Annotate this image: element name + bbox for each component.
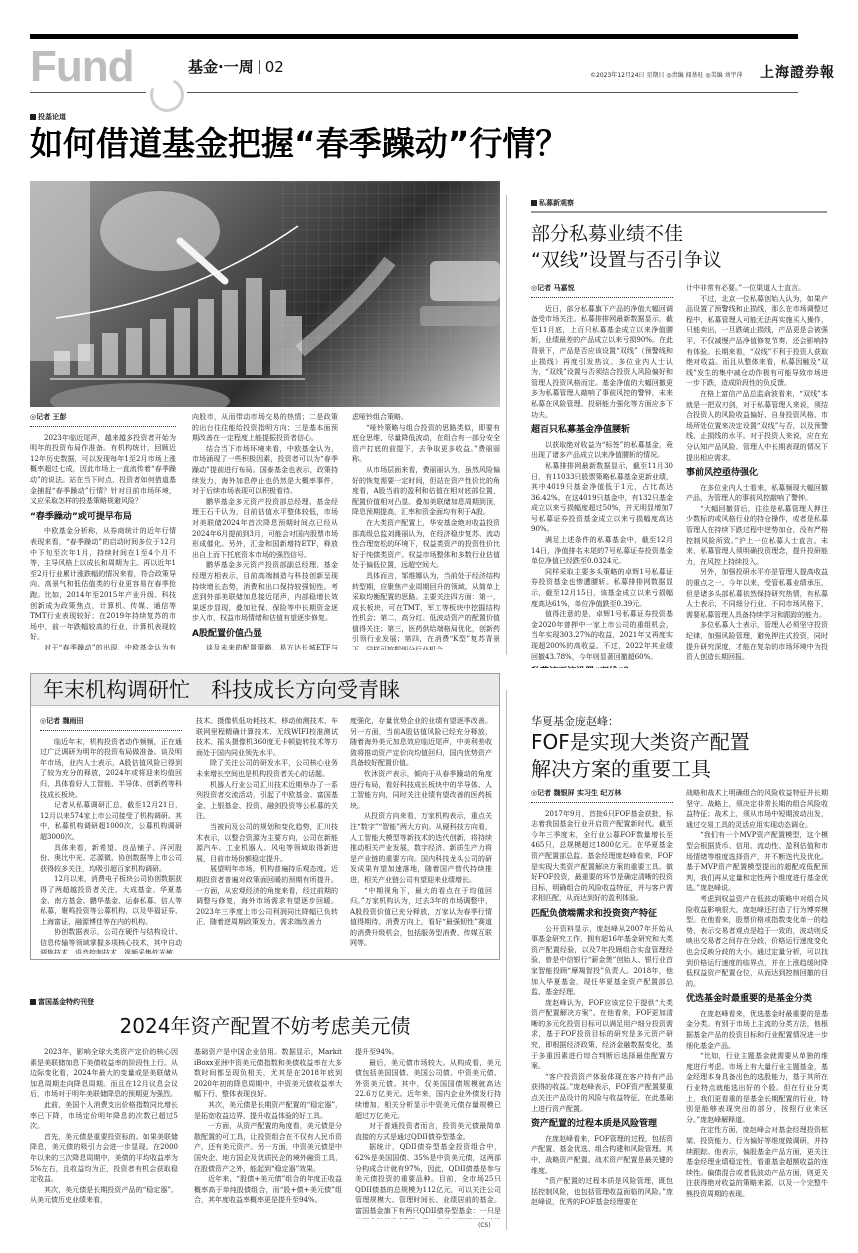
private-subhead-1: 超百只私募基金净值腰斩: [531, 425, 673, 436]
fof-headline-line2: 解决方案的重要工具: [531, 756, 750, 783]
fof-col1: ◎记者 魏银屏 实习生 纪万林 2017年9月，首批6只FOF基金获批，标志着我…: [531, 788, 673, 1230]
newspaper-name-logo: 上海證券報: [760, 62, 835, 82]
private-section-tag: 私募新观察: [531, 198, 574, 208]
paragraph: 鹏华基金多元资产投资部总经理、基金经理王石千认为，目前估值水平整体较低，市场对美…: [192, 497, 338, 561]
paragraph: 技术、摄像机低功耗技术、移动侦测技术、车联网里程精确计算技术、无线WIFI校准测…: [196, 716, 338, 758]
main-section-tag: 投基论道: [30, 112, 66, 122]
bond-col2: 基础资产是中国企业信用。数据显示，Markit iBoxx亚洲中资美元债指数和美…: [194, 1047, 342, 1219]
finance-chart-photo-icon: [30, 181, 500, 407]
paragraph: 机器人行业公司汇川技术近期举办了一系列投资者交流活动，引起了中欧基金、富国基金、…: [196, 780, 338, 822]
masthead-logo-word: Fund: [30, 44, 134, 90]
private-article-col1: ◎记者 马嘉悦 近日，部分私募旗下产品的净值大幅回调备受市场关注。私募排排网最新…: [531, 283, 673, 668]
research-col2: 技术、摄像机低功耗技术、移动侦测技术、车联网里程精确计算技术、无线WIFI校准测…: [196, 716, 338, 954]
paragraph: 在格上富信产品总监俞波看来，“双线”本就是一把双刃剑，对于私募管理人来说，须结合…: [686, 389, 828, 463]
private-subhead-3: 事前风控亟待强化: [686, 468, 828, 479]
main-byline: ◎记者 王彭: [30, 412, 176, 427]
paragraph: 从市场层面来看，费丽丽认为，虽然风险偏好的恢复需要一定时间，但站在资产性价比的角…: [352, 465, 500, 518]
paragraph: 庞赵峰认为，FOF应该定位于提供“大类资产配置解决方案”。在他看来，FOF更加清…: [531, 998, 673, 1072]
paragraph: 基础资产是中国企业信用。数据显示，Markit iBoxx亚洲中资美元债指数和美…: [194, 1047, 342, 1100]
research-col3: 度强化，存量优势企业的业绩有望逐季改善。另一方面，当前A股估值风险已经充分释放，…: [350, 716, 492, 954]
paragraph: 虑哑铃组合策略。: [352, 412, 500, 423]
fof-subhead-2: 资产配置的过程本质是风险管理: [531, 1119, 673, 1130]
paragraph: 首先，美元债是重要投资标的。如果美联储降息，美元债的吸引力会进一步显现。在200…: [30, 1132, 178, 1185]
paragraph: “比如，行业主题基金就需要从单独的维度进行考虑。市场上有大量行业主题基金，基金经…: [686, 1051, 828, 1125]
paragraph: 提升至94%。: [355, 1047, 501, 1058]
private-article-col2: 计中非常有必要。”一位渠道人士直言。 不过，北京一位私募创始人认为，如果产品设置…: [686, 283, 828, 668]
paragraph: 12月以来，消费电子板块公司协创数据获得了两超越投资者关注，大成基金、华夏基金、…: [40, 874, 182, 927]
bond-section-tag: 富国基金特约刊登: [30, 997, 94, 1007]
fof-subhead-1: 匹配负债端需求和投资资产特征: [531, 909, 673, 920]
paragraph: 谈及未来的配置策略，易方达长城ETF与创新投资部副总经理费丽丽认为，投资者可以考: [192, 643, 338, 650]
paragraph: “资产配置的过程本质是风险管理，既包括控制风险，也包括管理收益面临的风险。”庞赵…: [531, 1176, 673, 1208]
paragraph: 据统计，QDII债券型基金投资组合中，62%是美国国债、35%是中资美元债，这两…: [355, 1142, 501, 1219]
paragraph: 钦沐资产表示，倾向于从春季躁动的角度进行布局，看好科技成长板块中的半导体、人工智…: [350, 769, 492, 811]
paragraph: 私募排排网最新数据显示，截至11月30日，有11033只股票策略私募基金更新业绩…: [531, 461, 673, 535]
fof-col2: 战略和战术上明确组合的风险收益特征并长期坚守。战略上，须决定非常长期的组合风险收…: [686, 788, 828, 1230]
paragraph: 此前，美国个人消费支出价格指数同比增长率已下降，市场定价明年降息的次数已超过5次…: [30, 1100, 178, 1132]
paragraph: “我们有一个MVP资产配置模型，这个模型会根据货币、信用、流动性、盈利估值和市场…: [686, 830, 828, 894]
paragraph: 结合当下市场环境来看，中欧基金认为，市场涌现了一些积极因素，投资者可以为“春季躁…: [192, 444, 338, 497]
paragraph: 公开资料显示，庞赵峰从2007年开始从事基金研究工作，拥有超16年基金研究和大类…: [531, 924, 673, 998]
main-article-col3: 虑哑铃组合策略。 “哑铃策略与组合投资的思路类似，即要有底仓思维，尽量降低波动，…: [352, 412, 500, 650]
paragraph: 从投资方向来看，万家机构表示，重点关注“数字”“智能”两大方向。从硬科技方向看，…: [350, 811, 492, 885]
paragraph: 值得注意的是，卓辉1号私募证券投资基金2020年曾押中一家上市公司的重组机会，当…: [531, 609, 673, 662]
fof-subhead-3: 优选基金时最重要的是基金分类: [686, 994, 828, 1005]
right-column-divider: [506, 690, 507, 1230]
main-subhead-2: A股配置价值凸显: [192, 629, 338, 640]
paragraph: 近日，部分私募旗下产品的净值大幅回调备受市场关注。私募排排网最新数据显示，截至1…: [531, 304, 673, 421]
section-divider: [259, 60, 260, 74]
paragraph: 以获取绝对收益为“标签”的私募基金，竟出现了诸多产品成立以来净值腰斩的情况。: [531, 440, 673, 461]
main-article-col1: ◎记者 王彭 2023年临近尾声，越来越多投资者开始为明年的投资布局作准备。有机…: [30, 412, 176, 650]
bond-col1: 2023年，影响全球大类资产定价的核心因素是美联储加息下美债收益率的阶段性上行。…: [30, 1047, 178, 1219]
paragraph: 除了关注公司的研发水平，公司核心业务未来增长空间也是机构投资者关心的话题。: [196, 758, 338, 779]
paragraph: 战略和战术上明确组合的风险收益特征并长期坚守。战略上，须决定非常长期的组合风险收…: [686, 788, 828, 830]
paragraph: 多位私募人士表示，管理人必须坚守投资纪律，加强风险管理，避免押注式投资，同时提升…: [686, 620, 828, 662]
paragraph: 鹏华基金多元资产投资部副总经理、基金经理方相表示，目前高端制造与科技创新呈现持续…: [192, 560, 338, 624]
paragraph: 临近年末，机构投资者动作频频，正在通过广泛调研为明年的投资布局做准备。谈及明年市…: [40, 737, 182, 801]
research-byline: ◎记者 魏雨田: [40, 716, 182, 731]
paragraph: 最后，美元债市场较大。从构成看，美元债包括美国国债、美国公司债、中资美元债、外资…: [355, 1058, 501, 1122]
masthead-section-title: 基金·一周02: [188, 58, 284, 76]
column-divider: [506, 195, 507, 655]
paragraph: 2023年，影响全球大类资产定价的核心因素是美联储加息下美债收益率的阶段性上行。…: [30, 1047, 178, 1100]
paragraph: 在庞赵峰看来，优选基金时最重要的是基金分类。有别于市场上主流的分类方法，他根据基…: [686, 1009, 828, 1051]
paragraph: 其次，美元债是长期资产配置的“稳定器”，是拓宽收益边界、提升收益体验的好工具。: [194, 1100, 342, 1121]
paragraph: 同样采取主要多头策略的卓辉1号私募证券投资基金也惨遭腰斩。私募排排网数据显示，截…: [531, 567, 673, 609]
masthead-bottom-rule-right: [187, 92, 798, 93]
paragraph: 记者从私募调研汇总，截至12月21日，12月以来574家上市公司接受了机构调研。…: [40, 800, 182, 842]
private-headline-line1: 部分私募业绩不佳: [531, 221, 722, 247]
fof-byline: ◎记者 魏银屏 实习生 纪万林: [531, 788, 673, 803]
section-name: 基金·一周: [188, 58, 254, 76]
main-article-photo: [30, 181, 500, 407]
paragraph: 2023年临近尾声，越来越多投资者开始为明年的投资布局作准备。有机构统计，回顾近…: [30, 433, 176, 507]
paragraph: 展望明年市场，机构普遍持乐观态度。近期投资者普遍对政策面回暖的预期有所提升。一方…: [196, 864, 338, 928]
masthead-logo-ring-icon: [145, 73, 189, 117]
research-col1: ◎记者 魏雨田 临近年末，机构投资者动作频频，正在通过广泛调研为明年的投资布局做…: [40, 716, 182, 954]
research-headline-band: 年末机构调研忙 科技成长方向受青睐: [31, 674, 499, 706]
paragraph: 具体而言，邹维娜认为，当前处于经济结构转型期，应聚焦产业周期回升的领域。从简单上…: [352, 571, 500, 650]
paragraph: “大幅回撤背后，往往是私募管理人押注少数标的或风格行业的持仓操作，或者是私募管理…: [686, 504, 828, 568]
masthead-top-rule: [30, 34, 798, 39]
paragraph: “客户投资资产体验体现在客户持有产品获得的收益。”庞赵峰表示，FOF资产配置要重…: [531, 1072, 673, 1114]
bond-end-mark: (CS): [478, 1222, 491, 1229]
paragraph: 另外，加强投研水平亦是管理人提高收益的重点之一。今年以来，受管私募业绩承压，但是…: [686, 567, 828, 620]
paragraph: “中期视角下，最大的看点在于均值回归。”万家机构认为，过去3年的市场调整中，A股…: [350, 886, 492, 950]
bond-headline: 2024年资产配置不妨考虑美元债: [30, 1012, 500, 1040]
private-byline: ◎记者 马嘉悦: [531, 283, 673, 298]
paragraph: 当被问及公司的规划和变化趋势，汇川技术表示，以整合资源为主要方向，公司在新能源汽…: [196, 822, 338, 864]
research-headline: 年末机构调研忙 科技成长方向受青睐: [43, 678, 400, 702]
paragraph: 在庞赵峰看来，FOF管理的过程，包括资产配置、基金优选、组合构建和风险管理。其中…: [531, 1134, 673, 1176]
main-headline: 如何借道基金把握“春季躁动”行情？: [30, 124, 568, 164]
main-article-col2: 向股市，从而带动市场交易的热情；二是政策的出台往往能给投资指明方向；三是基本面预…: [192, 412, 338, 650]
paragraph: 对于“春季躁动”的出现，中欧基金认为有三个原因：一是岁末年初市场流动性相对宽松，…: [30, 643, 176, 650]
paragraph: 具体来看，新希望、良品铺子、洋河股份、奥比中光、芯源微、协创数据等上市公司获得较…: [40, 843, 182, 875]
paragraph: 考虑到权益资产在低波动策略中对组合风险收益影响很大，庞赵峰还打造了行为博弈模型。…: [686, 894, 828, 989]
private-headline-line2: “双线”设置与否引争议: [531, 247, 722, 273]
masthead-date-line: ©2023年12月24日 星期日 ◎责编 闻基旺 ◎美编 刘宇萍: [590, 70, 743, 79]
paragraph: 其次，美元债是长期投资产品的“稳定器”。从美元债历史业绩来看，: [30, 1185, 178, 1206]
paragraph: 满足上述条件的私募基金中，截至12月14日，净值排名末尾的7号私募证券投资基金单…: [531, 535, 673, 567]
fof-headline: FOF是实现大类资产配置 解决方案的重要工具: [531, 729, 750, 783]
paragraph: 不过，北京一位私募创始人认为，如果产品设置了预警线和止损线，那么在市场调整过程中…: [686, 294, 828, 389]
paragraph: 在定性方面，庞赵峰会对基金经理投资框架、投资能力、行为偏好等维度做调研，并持续跟…: [686, 1125, 828, 1199]
paragraph: 中欧基金分析称，从券商统计的近年行情表现来看，“春季躁动”的启动时间多位于12月…: [30, 526, 176, 643]
paragraph: 向股市，从而带动市场交易的热情；二是政策的出台往往能给投资指明方向；三是基本面预…: [192, 412, 338, 444]
paragraph: 对于普通投资者而言，投资美元债最简单直接的方式是通过QDII债券型基金。: [355, 1121, 501, 1142]
page-number: 02: [265, 58, 284, 76]
private-headline: 部分私募业绩不佳 “双线”设置与否引争议: [531, 221, 722, 273]
fof-kicker: 华夏基金庞赵峰：: [531, 713, 619, 729]
paragraph: 计中非常有必要。”一位渠道人士直言。: [686, 283, 828, 294]
paragraph: 2017年9月，首批6只FOF基金获批，标志着我国基金行业开启资产配置新时代。截…: [531, 809, 673, 904]
bond-col3: 提升至94%。 最后，美元债市场较大。从构成看，美元债包括美国国债、美国公司债、…: [355, 1047, 501, 1219]
paragraph: “哑铃策略与组合投资的思路类似，即要有底仓思维，尽量降低波动，在组合有一部分安全…: [352, 423, 500, 465]
paragraph: 协创数据表示，公司在硬件与结构设计、信息传输等领域掌握多项核心技术，其中自动调焦…: [40, 927, 182, 954]
paragraph: 在多位业内人士看来，私募频现大幅回撤产品，为管理人的事前风控敲响了警钟。: [686, 483, 828, 504]
paragraph: 度强化，存量优势企业的业绩有望逐季改善。另一方面，当前A股估值风险已经充分释放，…: [350, 716, 492, 769]
main-subhead-1: “春季躁动”或可提早布局: [30, 512, 176, 523]
paragraph: 一方面，从资产配置的角度看，美元债是分散配置的可工具，让投资组合在不仅有人民币资…: [194, 1121, 342, 1174]
masthead-bottom-rule-left: [30, 92, 146, 93]
paragraph: 近年来，“股债+美元债”组合的年度正收益概率高于单纯股债组合，而“股+债+美元债…: [194, 1174, 342, 1206]
paragraph: 在大类资产配置上，华安基金绝对收益投资部高级总监刘潍丽认为，在经济稳步复苏、流动…: [352, 518, 500, 571]
private-subhead-2: 私募该不该设置“双线”？: [531, 667, 673, 668]
fof-headline-line1: FOF是实现大类资产配置: [531, 729, 750, 756]
private-section-rule: [531, 211, 827, 213]
